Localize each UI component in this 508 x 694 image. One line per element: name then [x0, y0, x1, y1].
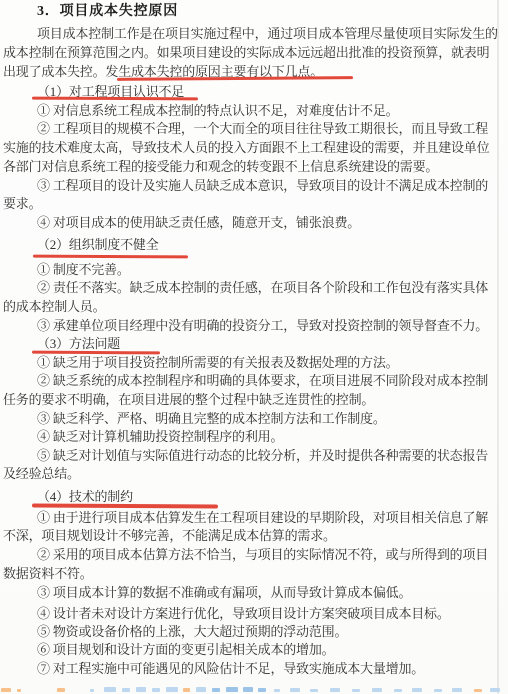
body-text-line: ④ 缺乏对计算机辅助投资控制程序的利用。 — [37, 429, 283, 444]
watermark-fragment — [352, 689, 360, 692]
subsection-heading-3: （3）方法问题 — [37, 336, 120, 351]
watermark-fragment — [274, 689, 280, 692]
body-text-line: 各部门对信息系统工程的接受能力和观念的转变跟不上信息系统建设的需要。 — [3, 159, 438, 174]
watermark-fragment — [122, 688, 130, 692]
body-text-line: ① 由于进行项目成本估算发生在工程项目建设的早期阶段，对项目相关信息了解 — [37, 510, 488, 525]
watermark-fragment — [330, 688, 340, 692]
body-text-line: ① 对信息系统工程成本控制的特点认识不足，对难度估计不足。 — [37, 103, 398, 118]
watermark-fragment — [243, 687, 253, 692]
body-text-line: ③ 缺乏科学、严格、明确且完整的成本控制方法和工作制度。 — [37, 411, 386, 426]
watermark-fragment — [1, 688, 11, 692]
subsection-heading-2: （2）组织制度不健全 — [37, 237, 159, 252]
body-text-line: ⑤ 缺乏对计划值与实际值进行动态的比较分析，并及时提供各种需要的状态报告 — [37, 448, 488, 463]
body-text-line: 实施的技术难度太高，导致技术人员的投入方面跟不上工程建设的需要，并且建设单位 — [3, 140, 489, 155]
body-text-line: 成本控制在预算范围之内。如果项目建设的实际成本远远超出批准的投资预算，就表明 — [3, 45, 489, 60]
body-text-line: 的成本控制人员。 — [3, 299, 105, 314]
body-text-line: ⑤ 物资或设备价格的上涨，大大超过预期的浮动范围。 — [37, 624, 347, 639]
watermark-fragment — [226, 687, 238, 692]
watermark-fragment — [310, 689, 318, 692]
watermark-fragment — [166, 687, 178, 692]
body-text-line: ① 缺乏用于项目投资控制所需要的有关报表及数据处理的方法。 — [37, 355, 398, 370]
watermark-fragment — [490, 688, 500, 692]
body-text-line: 及经验总结。 — [3, 466, 80, 481]
watermark-fragment — [196, 687, 206, 692]
body-text-line: 项目成本控制工作是在项目实施过程中，通过项目成本管理尽量使项目实际发生的 — [37, 26, 498, 41]
watermark-fragment — [412, 688, 422, 692]
watermark-fragment — [290, 688, 300, 692]
body-text-line: ② 采用的项目成本估算方法不恰当，与项目的实际情况不符，或与所得到的项目 — [37, 547, 488, 562]
watermark-fragment — [152, 688, 160, 692]
body-text-line: 任务的要求不明确，在项目进展的整个过程中缺乏连贯性的控制。 — [3, 392, 374, 407]
body-text-line: ⑦ 对工程实施中可能遇见的风险估计不足，导致实施成本大量增加。 — [37, 661, 424, 676]
red-underline-heading-2 — [33, 255, 188, 259]
watermark-fragment — [434, 689, 442, 692]
body-text-line: 不深，项目规划设计不够完善，不能满足成本估算的需求。 — [3, 528, 336, 543]
watermark-fragment — [474, 689, 482, 692]
body-text-line: ⑥ 项目规划和设计方面的变更引起相关成本的增加。 — [37, 642, 334, 657]
subsection-heading-4: （4）技术的制约 — [37, 489, 133, 504]
watermark-fragment — [452, 688, 462, 692]
watermark-fragment — [394, 689, 402, 692]
red-underline-intro — [117, 76, 353, 81]
body-text-line: 要求。 — [3, 196, 41, 211]
watermark-fragment — [258, 688, 266, 692]
body-text-line: ③ 工程项目的设计及实施人员缺乏成本意识，导致项目的设计不满足成本控制的 — [37, 178, 488, 193]
watermark-fragment — [104, 687, 116, 692]
watermark-fragment — [183, 688, 190, 692]
red-underline-heading-1 — [32, 97, 198, 101]
scan-edge-line — [497, 0, 499, 694]
section-title: 3．项目成本失控原因 — [37, 4, 178, 19]
body-text-line: ③ 承建单位项目经理中没有明确的投资分工，导致对投资控制的领导督查不力。 — [37, 318, 488, 333]
body-text-line: ④ 设计者未对设计方案进行优化，导致项目设计方案突破项目成本目标。 — [37, 606, 450, 621]
watermark-fragment — [136, 687, 146, 692]
body-text-line: ① 制度不完善。 — [37, 262, 130, 277]
watermark-fragment — [212, 688, 220, 692]
body-text-line: ④ 对项目成本的使用缺乏责任感，随意开支，铺张浪费。 — [37, 215, 360, 230]
body-text-line: ② 缺乏系统的成本控制程序和明确的具体要求，在项目进展不同阶段对成本控制 — [37, 373, 488, 388]
red-underline-heading-4 — [32, 504, 218, 509]
body-text-line: ③ 项目成本计算的数据不准确或有漏项，从而导致计算成本偏低。 — [37, 585, 411, 600]
body-text-line: ② 责任不落实。缺乏成本控制的责任感，在项目各个阶段和工作包没有落实具体 — [37, 280, 488, 295]
watermark-fragment — [90, 689, 94, 692]
watermark-fragment — [57, 688, 65, 692]
watermark-fragment — [17, 689, 21, 692]
red-underline-heading-3 — [32, 351, 160, 355]
body-text-line: ② 工程项目的规模不合理，一个大而全的项目往往导致工期很长，而且导致工程 — [37, 121, 488, 136]
body-text-line: 数据资料不符。 — [3, 566, 93, 581]
scanned-document-page: 3．项目成本失控原因 项目成本控制工作是在项目实施过程中，通过项目成本管理尽量使… — [0, 0, 508, 694]
watermark-fragment — [372, 688, 382, 692]
